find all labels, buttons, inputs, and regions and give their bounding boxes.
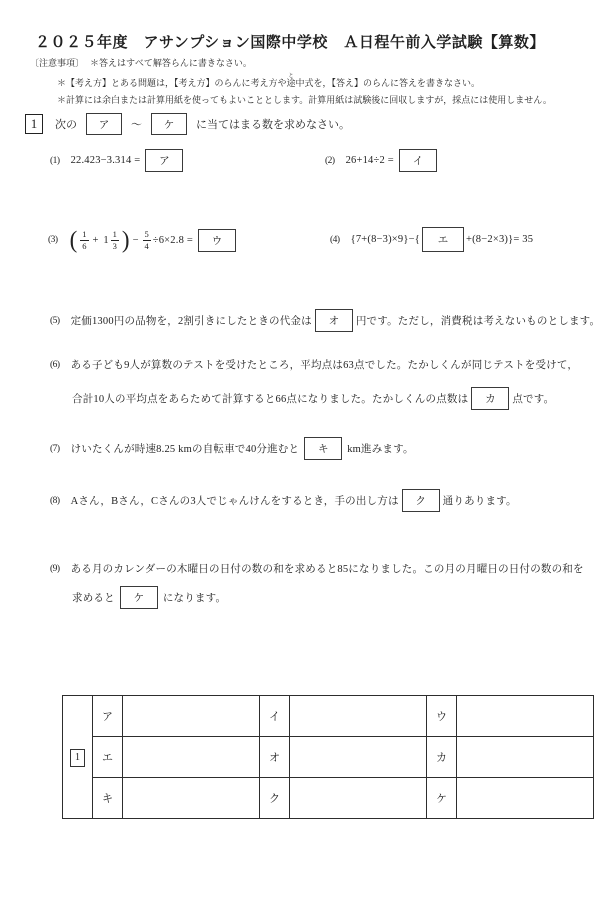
answer-table-row-3: キ ク ケ: [63, 778, 594, 819]
notes-label: 〔注意事項〕: [30, 56, 84, 69]
page-title: ２０２５年度 アサンプション国際中学校 Ａ日程午前入学試験【算数】: [35, 31, 545, 52]
answer-box-label: ケ: [134, 590, 145, 605]
answer-box-ke: ケ: [120, 586, 158, 609]
question-9-post: になります。: [163, 590, 226, 605]
question-7-number: (7): [50, 444, 60, 454]
question-4-number: (4): [330, 235, 340, 245]
answer-table: 1 ア イ ウ エ オ カ キ ク ケ: [62, 695, 594, 819]
question-3: (3) ( 16 + 1 13 ) − 54 ÷6×2.8 = ウ: [48, 221, 241, 259]
answer-label-ku: ク: [260, 778, 290, 819]
note2-furigana: と: [287, 74, 296, 79]
answer-table-row-2: エ オ カ: [63, 737, 594, 778]
question-6-line2: 合計10人の平均点をあらためて計算すると66点になりました。たかしくんの点数は …: [72, 387, 554, 410]
answer-box-label: オ: [329, 313, 340, 328]
heading-lead-pre: 次の: [55, 116, 77, 132]
question-6-text-line1: ある子ども9人が算数のテストを受けたところ，平均点は63点でした。たかしくんが同…: [71, 357, 579, 372]
denominator: 6: [80, 240, 88, 251]
answer-box-a: ア: [145, 149, 183, 172]
answer-box-label: ア: [159, 153, 170, 168]
answer-cell-u: [457, 696, 594, 737]
answer-cell-ke: [457, 778, 594, 819]
answer-box-label: カ: [485, 391, 496, 406]
denominator: 4: [143, 240, 151, 251]
question-8-number: (8): [50, 496, 60, 506]
question-6-post: 点です。: [512, 391, 554, 406]
question-6-number: (6): [50, 360, 60, 370]
question-9-text-line2: 求めると: [72, 590, 115, 605]
answer-box-label: ク: [415, 493, 426, 508]
mixed-number-whole: 1: [103, 235, 108, 246]
answer-box-label: キ: [318, 441, 329, 456]
notes-line-1: 〔注意事項〕 ＊答えはすべて解答らんに書きなさい。: [30, 56, 252, 69]
answer-box-label: ウ: [212, 233, 223, 248]
question-1-number: (1): [50, 156, 60, 166]
question-8-post: 通りあります。: [443, 493, 517, 508]
answer-cell-ku: [290, 778, 427, 819]
question-3-tail: ÷6×2.8 =: [153, 235, 193, 246]
plus-sign: +: [93, 235, 99, 246]
answer-label-ka: カ: [427, 737, 457, 778]
answer-box-u: ウ: [198, 229, 236, 252]
answer-label-u: ウ: [427, 696, 457, 737]
problem1-number-box: 1: [25, 114, 43, 134]
fraction-1-6: 16: [80, 229, 88, 250]
note-text-1: ＊答えはすべて解答らんに書きなさい。: [90, 56, 252, 69]
question-1-expression: 22.423−3.314 =: [71, 155, 141, 166]
question-2: (2) 26+14÷2 = イ: [325, 149, 442, 172]
question-7-pre: けいたくんが時速8.25 kmの自転車で40分進むと: [71, 441, 300, 456]
note2-pre: ＊【考え方】とある問題は，【考え方】のらんに考え方や: [57, 78, 287, 88]
answer-label-ki: キ: [93, 778, 123, 819]
note-text-2: ＊【考え方】とある問題は，【考え方】のらんに考え方や途と中式を，【答え】のらんに…: [57, 74, 480, 89]
answer-box-range-end: ケ: [151, 113, 187, 135]
answer-box-label: ア: [99, 117, 110, 132]
fraction-1-3: 13: [111, 229, 119, 250]
question-2-expression: 26+14÷2 =: [346, 155, 394, 166]
answer-table-problem-number: 1: [70, 749, 85, 767]
question-5-post: 円です。ただし，消費税は考えないものとします。: [356, 313, 600, 328]
question-7: (7) けいたくんが時速8.25 kmの自転車で40分進むと キ km進みます。: [50, 437, 414, 460]
exam-sheet: ２０２５年度 アサンプション国際中学校 Ａ日程午前入学試験【算数】 〔注意事項〕…: [0, 0, 600, 900]
answer-label-o: オ: [260, 737, 290, 778]
note-text-3: ＊計算には余白または計算用紙を使ってもよいこととします。計算用紙は試験後に回収し…: [57, 93, 552, 106]
heading-lead-post: に当てはまる数を求めなさい。: [196, 116, 350, 132]
answer-label-ke: ケ: [427, 778, 457, 819]
question-9-number: (9): [50, 564, 60, 574]
question-9-line1: (9) ある月のカレンダーの木曜日の日付の数の和を求めると85になりました。この…: [50, 561, 584, 576]
answer-label-a: ア: [93, 696, 123, 737]
note2-post: 中式を，【答え】のらんに答えを書きなさい。: [296, 78, 481, 88]
question-2-number: (2): [325, 156, 335, 166]
question-8-pre: Aさん，Bさん，Cさんの3人でじゃんけんをするとき，手の出し方は: [71, 493, 399, 508]
question-9-line2: 求めると ケ になります。: [72, 586, 226, 609]
answer-box-label: エ: [438, 232, 449, 247]
open-paren: (: [70, 229, 78, 251]
answer-cell-e: [123, 737, 260, 778]
answer-box-label: イ: [413, 153, 424, 168]
answer-cell-i: [290, 696, 427, 737]
answer-box-ka: カ: [471, 387, 509, 410]
range-tilde: ～: [131, 116, 142, 132]
numerator: 5: [143, 229, 151, 239]
problem1-heading: 1 次の ア ～ ケ に当てはまる数を求めなさい。: [25, 113, 354, 135]
answer-box-o: オ: [315, 309, 353, 332]
question-8: (8) Aさん，Bさん，Cさんの3人でじゃんけんをするとき，手の出し方は ク 通…: [50, 489, 517, 512]
close-paren: ): [122, 229, 130, 251]
answer-label-i: イ: [260, 696, 290, 737]
minus-sign: −: [133, 235, 139, 246]
question-6-line1: (6) ある子ども9人が算数のテストを受けたところ，平均点は63点でした。たかし…: [50, 357, 578, 372]
question-9-text-line1: ある月のカレンダーの木曜日の日付の数の和を求めると85になりました。この月の月曜…: [71, 561, 584, 576]
answer-table-problem-cell: 1: [63, 696, 93, 819]
question-3-number: (3): [48, 235, 58, 245]
question-4-pre: {7+(8−3)×9}−{: [351, 234, 420, 245]
answer-cell-a: [123, 696, 260, 737]
question-4-post: +(8−2×3)}= 35: [466, 234, 533, 245]
notes-line-2: ＊【考え方】とある問題は，【考え方】のらんに考え方や途と中式を，【答え】のらんに…: [57, 74, 480, 89]
answer-table-row-1: 1 ア イ ウ: [63, 696, 594, 737]
question-7-post: km進みます。: [347, 441, 413, 456]
answer-label-e: エ: [93, 737, 123, 778]
question-6-text-line2: 合計10人の平均点をあらためて計算すると66点になりました。たかしくんの点数は: [72, 391, 468, 406]
question-5-pre: 定価1300円の品物を，2割引きにしたときの代金は: [71, 313, 312, 328]
answer-box-range-start: ア: [86, 113, 122, 135]
numerator: 1: [111, 229, 119, 239]
note2-ruby-base: 途: [287, 78, 296, 88]
fraction-5-4: 54: [143, 229, 151, 250]
denominator: 3: [111, 240, 119, 251]
answer-box-ki: キ: [304, 437, 342, 460]
answer-box-e: エ: [422, 227, 464, 252]
answer-cell-o: [290, 737, 427, 778]
question-5: (5) 定価1300円の品物を，2割引きにしたときの代金は オ 円です。ただし，…: [50, 309, 600, 332]
question-5-number: (5): [50, 316, 60, 326]
numerator: 1: [80, 229, 88, 239]
note2-ruby: 途と: [287, 78, 296, 88]
answer-cell-ka: [457, 737, 594, 778]
notes-line-3: ＊計算には余白または計算用紙を使ってもよいこととします。計算用紙は試験後に回収し…: [57, 93, 552, 106]
answer-box-i: イ: [399, 149, 437, 172]
answer-cell-ki: [123, 778, 260, 819]
question-1: (1) 22.423−3.314 = ア: [50, 149, 188, 172]
answer-box-ku: ク: [402, 489, 440, 512]
question-4: (4) {7+(8−3)×9}−{ エ +(8−2×3)}= 35: [330, 227, 533, 252]
answer-box-label: ケ: [164, 117, 175, 132]
